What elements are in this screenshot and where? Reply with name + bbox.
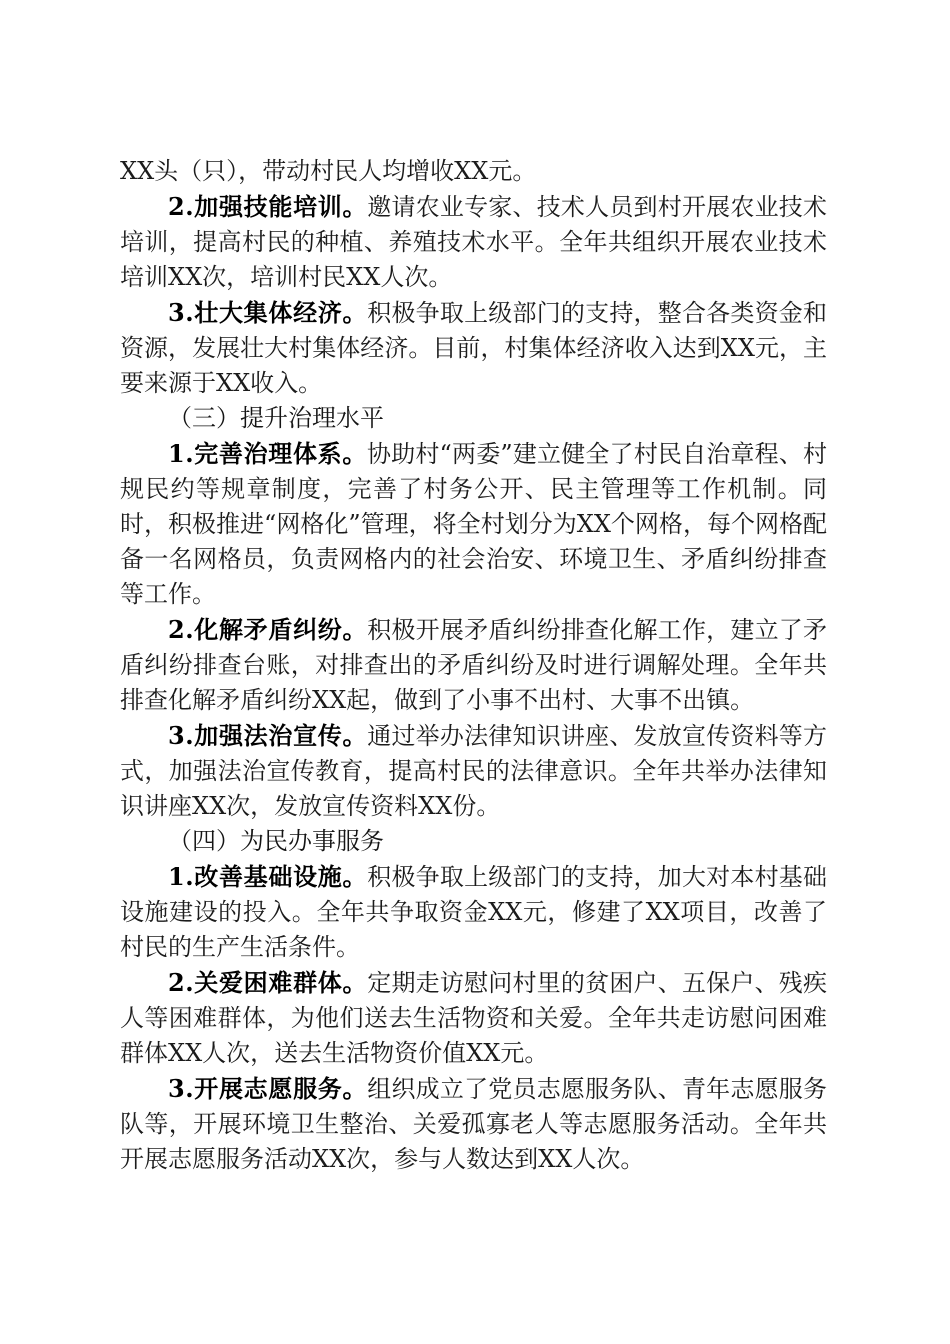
paragraph: 3.壮大集体经济。积极争取上级部门的支持，整合各类资金和资源，发展壮大村集体经济… xyxy=(120,295,827,401)
document-page: XX头（只），带动村民人均增收XX元。 2.加强技能培训。邀请农业专家、技术人员… xyxy=(0,0,950,1344)
paragraph-lead: 3.开展志愿服务。 xyxy=(168,1074,367,1103)
paragraph: 3.开展志愿服务。组织成立了党员志愿服务队、青年志愿服务队等，开展环境卫生整治、… xyxy=(120,1071,827,1177)
paragraph: 3.加强法治宣传。通过举办法律知识讲座、发放宣传资料等方式，加强法治宣传教育，提… xyxy=(120,718,827,824)
paragraph-lead: 1.改善基础设施。 xyxy=(168,862,367,891)
paragraph-lead: 3.加强法治宣传。 xyxy=(168,721,367,750)
section-heading-text: （三）提升治理水平 xyxy=(168,404,384,432)
section-heading: （四）为民办事服务 xyxy=(120,824,827,859)
paragraph-lead: 1.完善治理体系。 xyxy=(168,439,367,468)
paragraph: 1.完善治理体系。协助村“两委”建立健全了村民自治章程、村规民约等规章制度，完善… xyxy=(120,436,827,612)
paragraph: 2.关爱困难群体。定期走访慰问村里的贫困户、五保户、残疾人等困难群体，为他们送去… xyxy=(120,965,827,1071)
paragraph: XX头（只），带动村民人均增收XX元。 xyxy=(120,153,827,189)
paragraph-lead: 2.化解矛盾纠纷。 xyxy=(168,615,367,644)
paragraph-lead: 2.加强技能培训。 xyxy=(168,192,367,221)
section-heading: （三）提升治理水平 xyxy=(120,401,827,436)
paragraph-text: XX头（只），带动村民人均增收XX元。 xyxy=(120,157,536,185)
paragraph: 1.改善基础设施。积极争取上级部门的支持，加大对本村基础设施建设的投入。全年共争… xyxy=(120,859,827,965)
paragraph: 2.加强技能培训。邀请农业专家、技术人员到村开展农业技术培训，提高村民的种植、养… xyxy=(120,189,827,295)
section-heading-text: （四）为民办事服务 xyxy=(168,827,384,855)
paragraph: 2.化解矛盾纠纷。积极开展矛盾纠纷排查化解工作，建立了矛盾纠纷排查台账，对排查出… xyxy=(120,612,827,718)
paragraph-lead: 3.壮大集体经济。 xyxy=(168,298,367,327)
paragraph-lead: 2.关爱困难群体。 xyxy=(168,968,367,997)
